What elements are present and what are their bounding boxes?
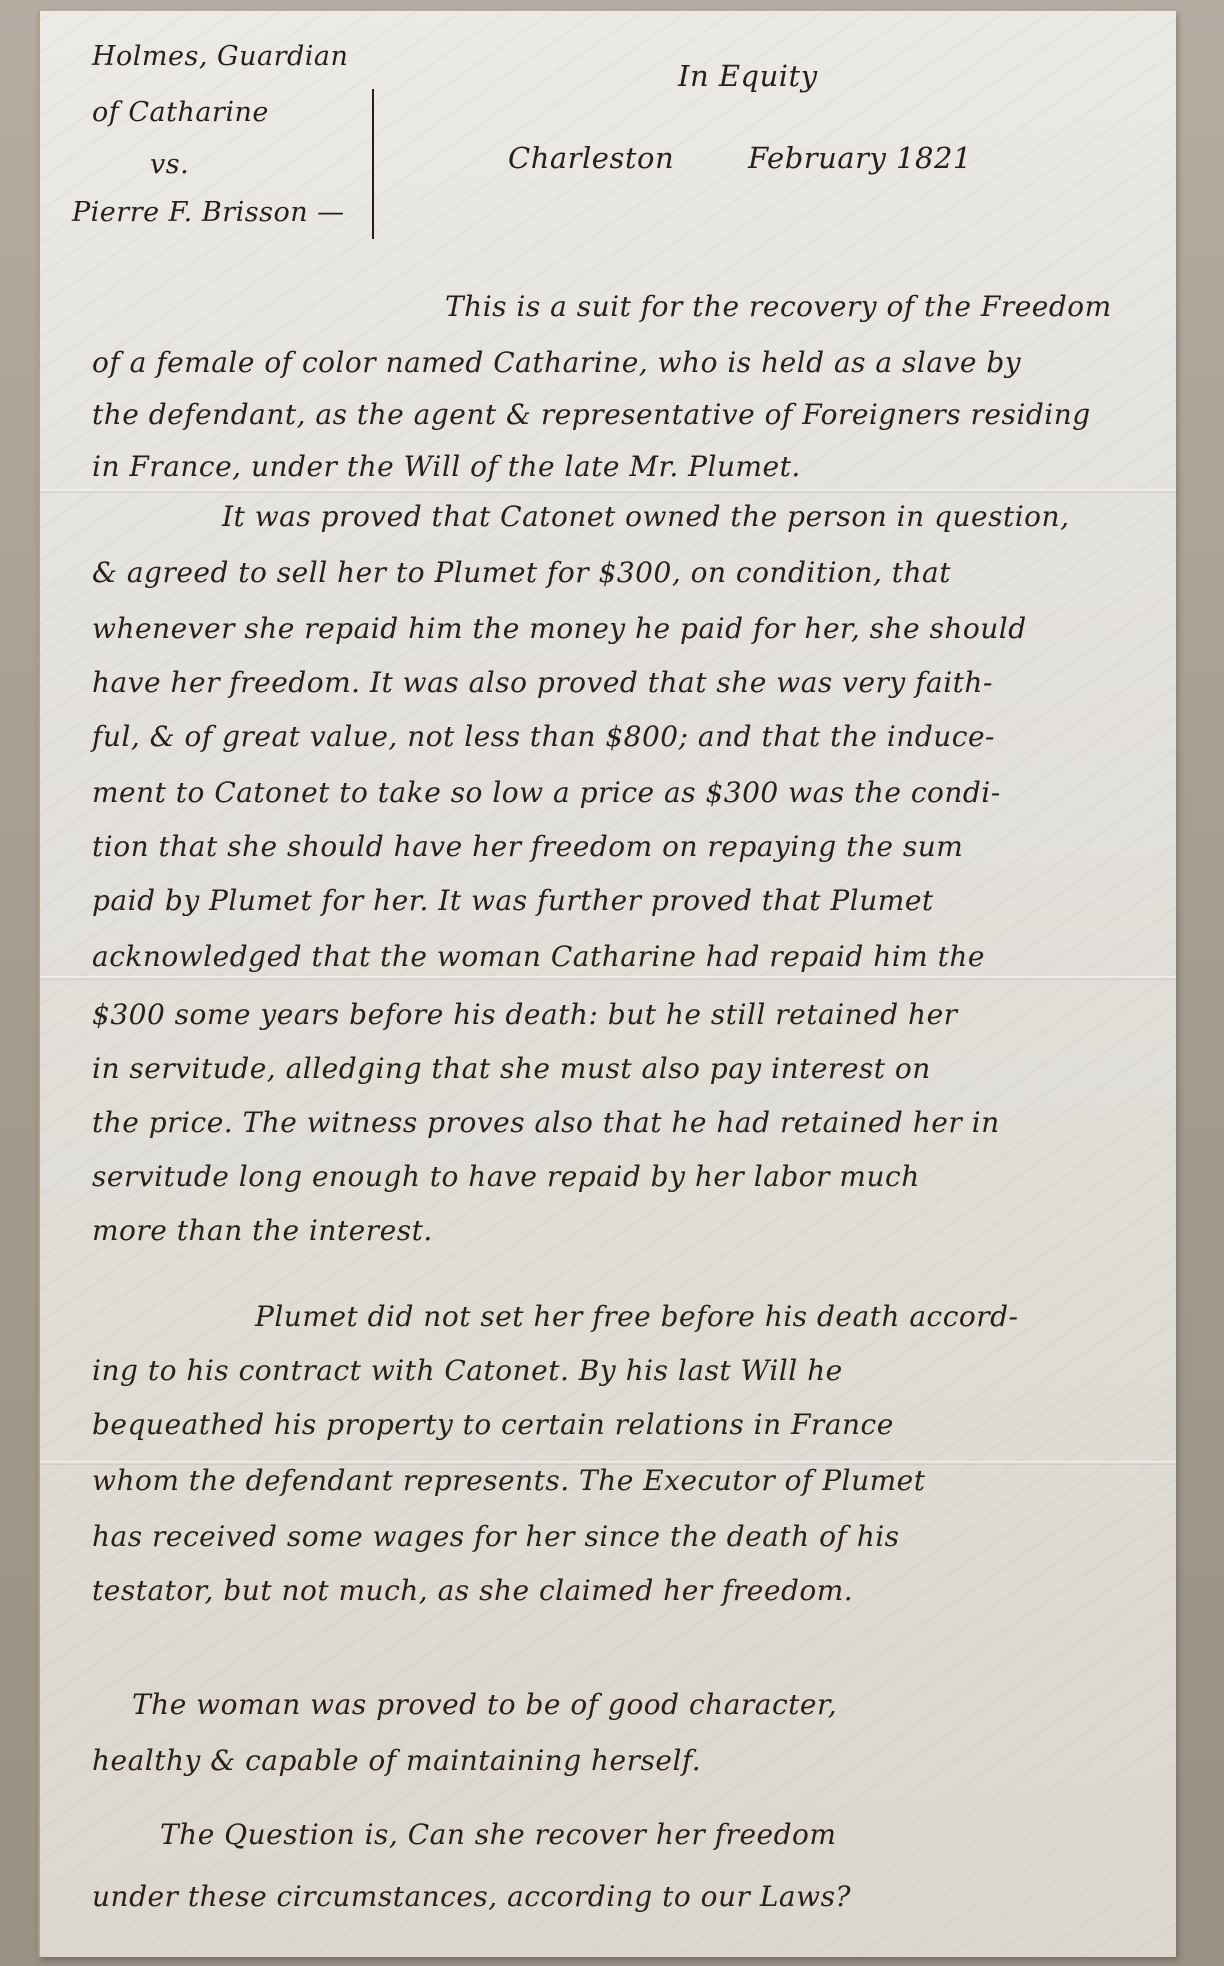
court-heading: In Equity: [678, 59, 818, 93]
body-line: of a female of color named Catharine, wh…: [92, 349, 1021, 377]
body-line: more than the interest.: [92, 1217, 433, 1245]
fold-crease: [40, 489, 1176, 493]
body-line: under these circumstances, according to …: [92, 1883, 851, 1911]
body-line: ing to his contract with Catonet. By his…: [92, 1357, 843, 1385]
body-line: Plumet did not set her free before his d…: [255, 1303, 1019, 1331]
body-line: the defendant, as the agent & representa…: [92, 401, 1091, 429]
caption-versus: vs.: [150, 151, 189, 178]
fold-crease: [40, 976, 1176, 980]
date-heading: February 1821: [748, 141, 972, 175]
body-line: tion that she should have her freedom on…: [92, 833, 963, 861]
body-line: has received some wages for her since th…: [92, 1523, 900, 1551]
place-heading: Charleston: [508, 141, 674, 175]
body-line: in servitude, alledging that she must al…: [92, 1055, 931, 1083]
caption-ward: of Catharine: [92, 99, 269, 126]
body-line: the price. The witness proves also that …: [92, 1109, 1000, 1137]
caption-bracket: [368, 89, 374, 239]
manuscript-page: Holmes, Guardian of Catharine vs. Pierre…: [38, 10, 1176, 1957]
body-line: & agreed to sell her to Plumet for $300,…: [92, 559, 951, 587]
body-line: paid by Plumet for her. It was further p…: [92, 887, 934, 915]
body-line: in France, under the Will of the late Mr…: [92, 453, 801, 481]
body-line: This is a suit for the recovery of the F…: [445, 293, 1112, 321]
body-line: healthy & capable of maintaining herself…: [92, 1747, 701, 1775]
body-line: acknowledged that the woman Catharine ha…: [92, 943, 985, 971]
body-line: servitude long enough to have repaid by …: [92, 1163, 920, 1191]
body-line: bequeathed his property to certain relat…: [92, 1411, 894, 1439]
body-line: have her freedom. It was also proved tha…: [92, 669, 993, 697]
body-line: ment to Catonet to take so low a price a…: [92, 779, 1001, 807]
caption-plaintiff: Holmes, Guardian: [92, 43, 348, 70]
body-line: whom the defendant represents. The Execu…: [92, 1467, 925, 1495]
body-line: $300 some years before his death: but he…: [92, 1001, 958, 1029]
body-line: The Question is, Can she recover her fre…: [160, 1821, 836, 1849]
body-line: The woman was proved to be of good chara…: [132, 1691, 837, 1719]
caption-defendant: Pierre F. Brisson —: [72, 199, 345, 226]
body-line: ful, & of great value, not less than $80…: [92, 723, 995, 751]
body-line: whenever she repaid him the money he pai…: [92, 615, 1027, 643]
body-line: It was proved that Catonet owned the per…: [222, 503, 1069, 531]
body-line: testator, but not much, as she claimed h…: [92, 1577, 853, 1605]
